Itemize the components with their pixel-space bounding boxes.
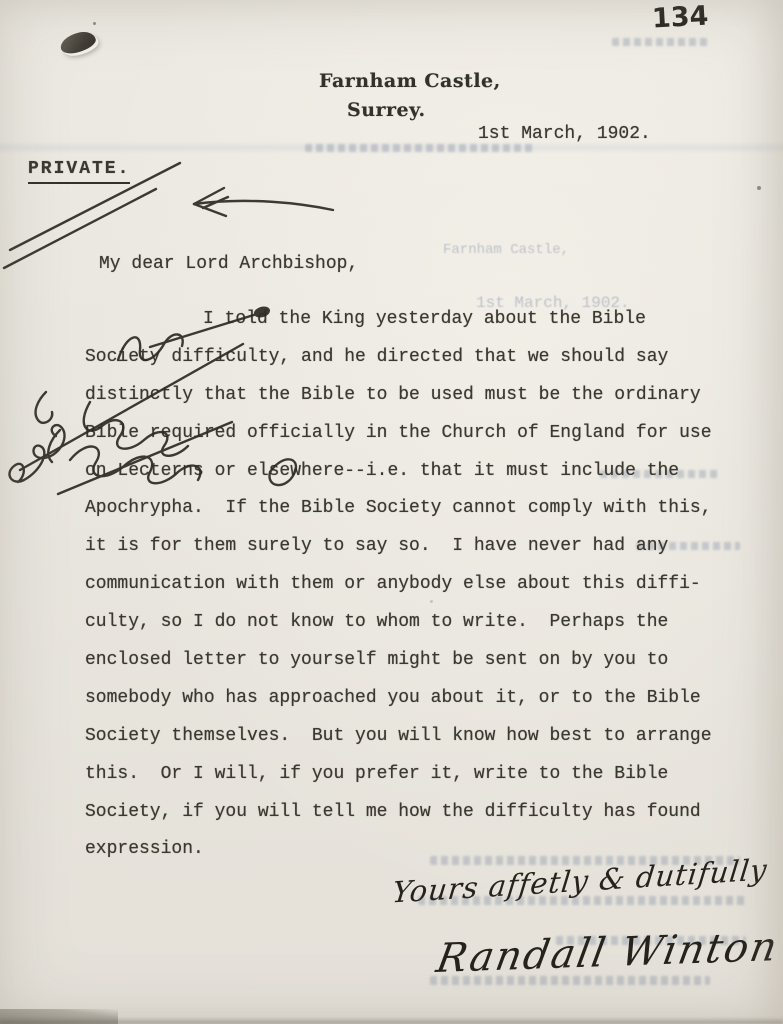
page-bottom-shadow (0, 1017, 783, 1024)
left-arrow-annotation (194, 188, 333, 216)
private-emphasis-strokes (4, 163, 180, 268)
handwritten-annotations (0, 0, 783, 1024)
strikethrough-scribbles (20, 306, 296, 494)
margin-scrawl (9, 392, 64, 482)
letter-page: Farnham Castle, 1st March, 1902. 134 Far… (0, 0, 783, 1024)
